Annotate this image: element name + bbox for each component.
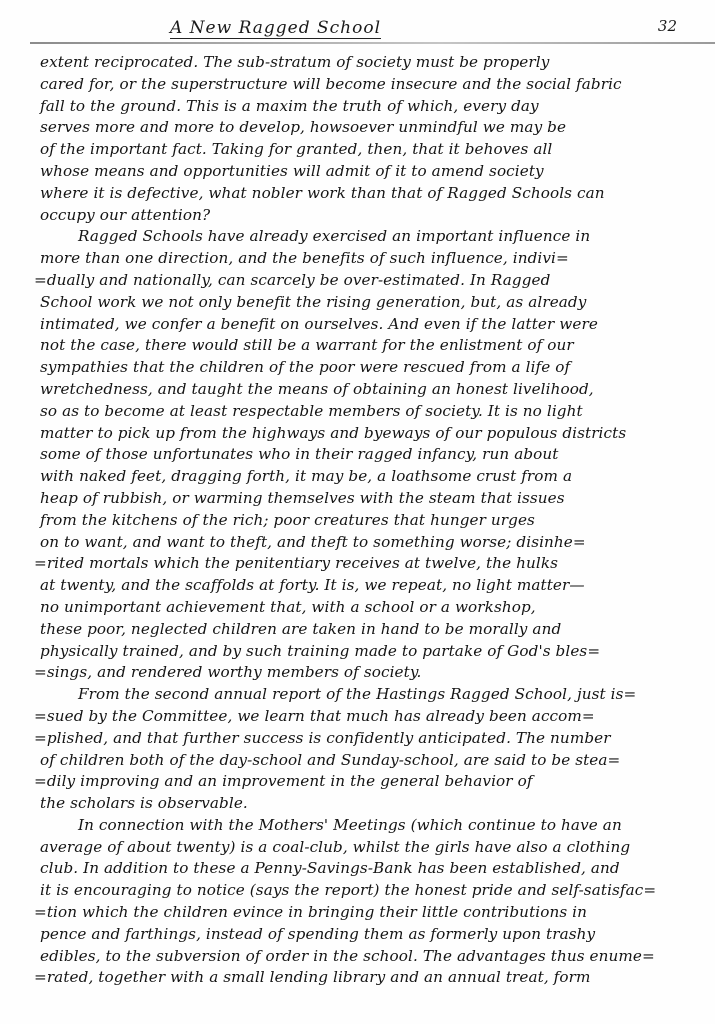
page-header: A New Ragged School 32: [30, 14, 715, 44]
text-line: pence and farthings, instead of spending…: [40, 924, 695, 946]
text-line: more than one direction, and the benefit…: [40, 248, 695, 270]
text-line: no unimportant achievement that, with a …: [40, 597, 695, 619]
text-line: =rited mortals which the penitentiary re…: [34, 553, 695, 575]
text-line: whose means and opportunities will admit…: [40, 161, 695, 183]
text-line: physically trained, and by such training…: [40, 641, 695, 663]
text-line: =sings, and rendered worthy members of s…: [34, 662, 695, 684]
text-line: of the important fact. Taking for grante…: [40, 139, 695, 161]
text-line: cared for, or the superstructure will be…: [40, 74, 695, 96]
header-rule-divider: [30, 42, 715, 44]
text-line: =tion which the children evince in bring…: [34, 902, 695, 924]
text-line: these poor, neglected children are taken…: [40, 619, 695, 641]
manuscript-page: A New Ragged School 32 extent reciprocat…: [0, 0, 715, 1024]
text-line: From the second annual report of the Has…: [40, 684, 695, 706]
text-line: average of about twenty) is a coal-club,…: [40, 837, 695, 859]
text-line: sympathies that the children of the poor…: [40, 357, 695, 379]
page-title: A New Ragged School: [170, 18, 381, 38]
text-line: =dily improving and an improvement in th…: [34, 771, 695, 793]
text-line: =rated, together with a small lending li…: [34, 967, 695, 989]
text-line: =sued by the Committee, we learn that mu…: [34, 706, 695, 728]
text-line: not the case, there would still be a war…: [40, 335, 695, 357]
text-line: with naked feet, dragging forth, it may …: [40, 466, 695, 488]
text-line: fall to the ground. This is a maxim the …: [40, 96, 695, 118]
text-line: on to want, and want to theft, and theft…: [40, 532, 695, 554]
text-line: Ragged Schools have already exercised an…: [40, 226, 695, 248]
text-line: where it is defective, what nobler work …: [40, 183, 695, 205]
text-line: =plished, and that further success is co…: [34, 728, 695, 750]
text-line: some of those unfortunates who in their …: [40, 444, 695, 466]
page-number: 32: [658, 17, 677, 35]
text-line: at twenty, and the scaffolds at forty. I…: [40, 575, 695, 597]
text-line: extent reciprocated. The sub-stratum of …: [40, 52, 695, 74]
text-line: the scholars is observable.: [40, 793, 695, 815]
text-line: of children both of the day-school and S…: [40, 750, 695, 772]
text-line: club. In addition to these a Penny-Savin…: [40, 858, 695, 880]
text-line: =dually and nationally, can scarcely be …: [34, 270, 695, 292]
text-line: serves more and more to develop, howsoev…: [40, 117, 695, 139]
text-line: occupy our attention?: [40, 205, 695, 227]
text-line: it is encouraging to notice (says the re…: [40, 880, 695, 902]
text-line: School work we not only benefit the risi…: [40, 292, 695, 314]
text-line: from the kitchens of the rich; poor crea…: [40, 510, 695, 532]
text-line: matter to pick up from the highways and …: [40, 423, 695, 445]
text-line: so as to become at least respectable mem…: [40, 401, 695, 423]
text-line: heap of rubbish, or warming themselves w…: [40, 488, 695, 510]
text-line: intimated, we confer a benefit on oursel…: [40, 314, 695, 336]
text-line: wretchedness, and taught the means of ob…: [40, 379, 695, 401]
text-line: edibles, to the subversion of order in t…: [40, 946, 695, 968]
handwritten-body-text: extent reciprocated. The sub-stratum of …: [40, 52, 695, 989]
text-line: In connection with the Mothers' Meetings…: [40, 815, 695, 837]
